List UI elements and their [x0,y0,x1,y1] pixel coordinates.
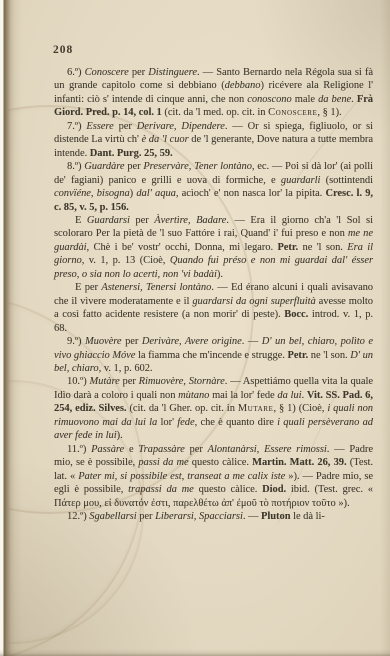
text-segment: questo càlice. [189,457,253,468]
text-segment: Derivàre, Avere orìgine [142,336,242,347]
text-segment: Astenersi, Tenersi lontàno [101,282,211,293]
text-segment: . — [243,511,261,522]
page-number: 208 [53,44,73,56]
text-segment: , § 1). [317,107,341,118]
text-segment: 10.º) [67,376,90,387]
text-segment: per [129,67,149,78]
text-segment: Bocc. [284,309,308,320]
text-segment: Passàre [91,444,124,455]
text-segment: Essere [86,121,113,132]
text-segment: 6.º) [67,67,85,78]
text-segment: mai la lor' fede [209,390,277,401]
text-segment: da bene [318,94,351,105]
text-segment: Petr. [287,350,308,361]
text-segment: Mutàre [90,376,120,387]
paragraph: 9.º) Muovère per Derivàre, Avere orìgine… [54,335,373,375]
text-segment: per [114,121,137,132]
text-segment: per [120,376,139,387]
text-segment: Alontanàrsi, Essere rimossi [208,444,327,455]
text-segment: guardarli [281,175,320,186]
text-segment: Guardarsi [87,215,130,226]
text-segment: Dant. Purg. 25, 59. [90,148,173,159]
text-segment: (sottintendi [320,175,373,186]
text-segment: 8.º) [67,161,84,172]
text-segment: E [75,215,87,226]
text-segment: , Chè i be' vostr' occhi, Donna, mi lega… [87,242,278,253]
page-bottom-edge [0,649,390,656]
text-segment: (cit. da 'l Gher. op. cit. in [127,403,238,414]
text-segment: per [122,336,142,347]
text-segment: male [292,94,318,105]
text-segment: le dà li- [290,511,324,522]
text-segment: , che è quanto dire [195,417,278,428]
paragraph: 11.º) Passàre e Trapassàre per Alontanàr… [54,443,373,510]
paragraph: 12.º) Sgabellarsi per Liberarsi, Spaccia… [54,510,373,523]
text-segment: è da 'l cuor [142,134,189,145]
text-segment: Preservàre, Tener lontàno [143,161,252,172]
text-segment: Conoscere [268,107,317,118]
text-segment: guardarsi da ogni superfluità [192,296,315,307]
text-segment: ). [117,430,123,441]
text-segment: Distinguere [148,67,197,78]
paragraph: 10.º) Mutàre per Rimuovère, Stornàre. — … [54,375,373,442]
text-segment: 12.º) [67,511,89,522]
paragraph: 6.º) Conoscere per Distinguere. — Santo … [54,66,373,120]
text-segment: convïéne, bisogna [54,188,130,199]
page-left-edge [0,0,22,656]
text-segment: 7.º) [67,121,86,132]
text-segment: Trapassàre [138,444,184,455]
paragraph: E per Astenersi, Tenersi lontàno. — Ed é… [54,281,373,335]
text-segment: Petr. [277,242,298,253]
text-segment: Muovère [85,336,122,347]
text-segment: trapassi da me [128,484,194,495]
text-block: 6.º) Conoscere per Distinguere. — Santo … [54,66,373,523]
text-segment: . — [242,336,262,347]
text-segment: da lui [277,390,301,401]
text-segment: passi da me [138,457,188,468]
text-segment: debbano [225,80,261,91]
text-segment: e [124,444,138,455]
text-segment: per [130,215,154,226]
text-segment: lor' [157,417,177,428]
text-segment: la fiamma che m'incende e strugge. [135,350,287,361]
text-segment: E per [75,282,101,293]
text-segment: Conoscere [85,67,129,78]
text-segment: Pater mi, si possibile est, transeat a m… [78,471,285,482]
text-segment: Derivare, Dipendere [137,121,225,132]
text-segment: ne 'l son. [298,242,347,253]
text-segment: fede [177,417,194,428]
text-segment: , § 1) (Cioè, [273,403,327,414]
text-segment: Martin. Matt. 26, 39. [252,457,346,468]
text-segment: Rimuovère, Stornàre [139,376,225,387]
text-segment: per [137,511,155,522]
text-segment: dal' aqua [136,188,176,199]
text-segment: ). [217,269,223,280]
text-segment: ne 'l son. [308,350,350,361]
text-segment: per [124,161,143,172]
text-segment: Guardàre [84,161,124,172]
text-segment: Liberarsi, Spacciarsi [155,511,243,522]
text-segment: , v. 1, p. 602. [99,363,153,374]
paragraph: 8.º) Guardàre per Preservàre, Tener lont… [54,160,373,214]
text-segment: Pluton [261,511,290,522]
text-segment: questo càlice. [194,484,262,495]
paragraph: E Guardarsi per Àvertìre, Badare. — Era … [54,214,373,281]
text-segment: 11.º) [67,444,91,455]
paragraph: 7.º) Essere per Derivare, Dipendere. — O… [54,120,373,160]
text-segment: Àvertìre, Badare [154,215,226,226]
text-segment: Diod. [262,484,286,495]
page-right-edge [380,0,390,656]
text-segment: , acìoch' e' non nasca lor' la pipita. [176,188,326,199]
text-segment: , v. 1, p. 13 (Cioè, [82,255,170,266]
book-page: 208 6.º) Conoscere per Distinguere. — Sa… [0,0,390,656]
text-segment: mùtano [178,390,209,401]
text-segment: Sgabellarsi [89,511,136,522]
text-segment: (cit. da 'l med. op. cit. in [162,107,268,118]
text-segment: conoscono [247,94,291,105]
text-segment: per [185,444,208,455]
text-segment: Mutare [238,403,274,414]
text-segment: 9.º) [67,336,85,347]
